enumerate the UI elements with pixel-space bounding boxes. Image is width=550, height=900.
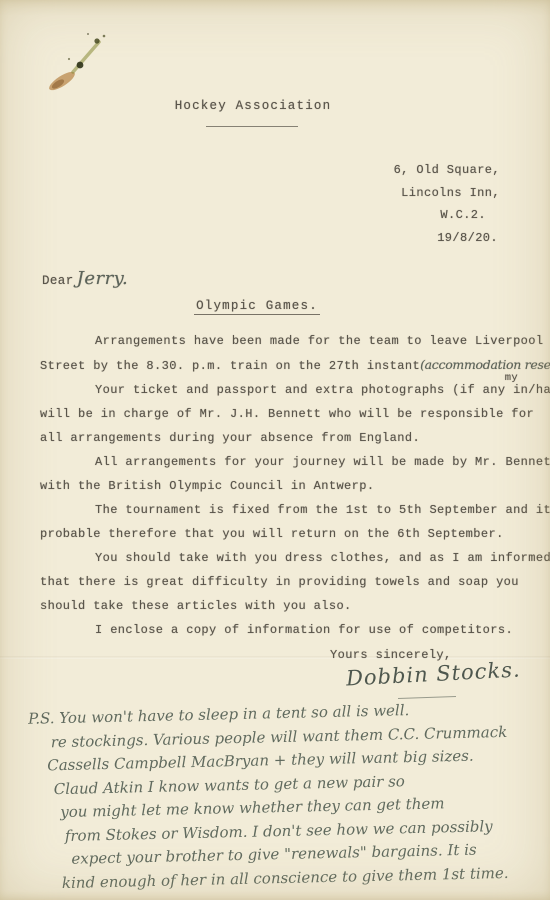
paragraph-4-line-1: The tournament is fixed from the 1st to … bbox=[40, 498, 526, 522]
paragraph-6-line-1: I enclose a copy of information for use … bbox=[40, 618, 526, 642]
salutation: DearJerry. bbox=[42, 268, 128, 289]
letterhead-rule bbox=[206, 126, 298, 127]
paragraph-1-line-1: Arrangements have been made for the team… bbox=[40, 329, 526, 353]
handwritten-signature: Dobbin Stocks. bbox=[345, 657, 521, 690]
paragraph-3-line-1: All arrangements for your journey will b… bbox=[40, 450, 526, 474]
paragraph-1-line-2: Street by the 8.30. p.m. train on the 27… bbox=[40, 353, 526, 378]
paragraph-4-line-2: probable therefore that you will return … bbox=[40, 522, 526, 546]
postscript-block: P.S. You won't have to sleep in a tent s… bbox=[28, 696, 537, 895]
handwritten-annotation: (accommodation reserved) bbox=[420, 357, 550, 372]
paragraph-2-line-2: will be in charge of Mr. J.H. Bennett wh… bbox=[40, 402, 526, 426]
address-line-1: 6, Old Square, bbox=[394, 159, 500, 182]
address-line-3: W.C.2. bbox=[394, 204, 500, 227]
valediction: Yours sincerely, bbox=[330, 648, 452, 662]
handwritten-insert-my: my bbox=[505, 366, 518, 390]
salutation-typed: Dear bbox=[42, 274, 74, 288]
ink-smudge bbox=[25, 12, 135, 102]
paragraph-2-line-1: Your ticket and passport and extra photo… bbox=[40, 378, 526, 402]
paragraph-5-line-2: that there is great difficulty in provid… bbox=[40, 570, 526, 594]
subject-heading: Olympic Games. bbox=[0, 296, 532, 314]
letter-page: Hockey Association 6, Old Square, Lincol… bbox=[0, 0, 550, 900]
letterhead-organization: Hockey Association bbox=[0, 99, 528, 113]
paragraph-3-line-2: with the British Olympic Council in Antw… bbox=[40, 474, 526, 498]
paragraph-5-line-3: should take these articles with you also… bbox=[40, 594, 526, 618]
letter-date: 19/8/20. bbox=[394, 227, 500, 250]
paragraph-2-line-3: all arrangements during your absence fro… bbox=[40, 426, 526, 450]
address-line-2: Lincolns Inn, bbox=[394, 182, 500, 205]
address-block: 6, Old Square, Lincolns Inn, W.C.2. 19/8… bbox=[394, 159, 500, 249]
paragraph-5-line-1: You should take with you dress clothes, … bbox=[40, 546, 526, 570]
salutation-handwritten-name: Jerry. bbox=[77, 268, 129, 289]
paper-crease bbox=[0, 656, 550, 659]
letter-body: Arrangements have been made for the team… bbox=[40, 329, 526, 642]
